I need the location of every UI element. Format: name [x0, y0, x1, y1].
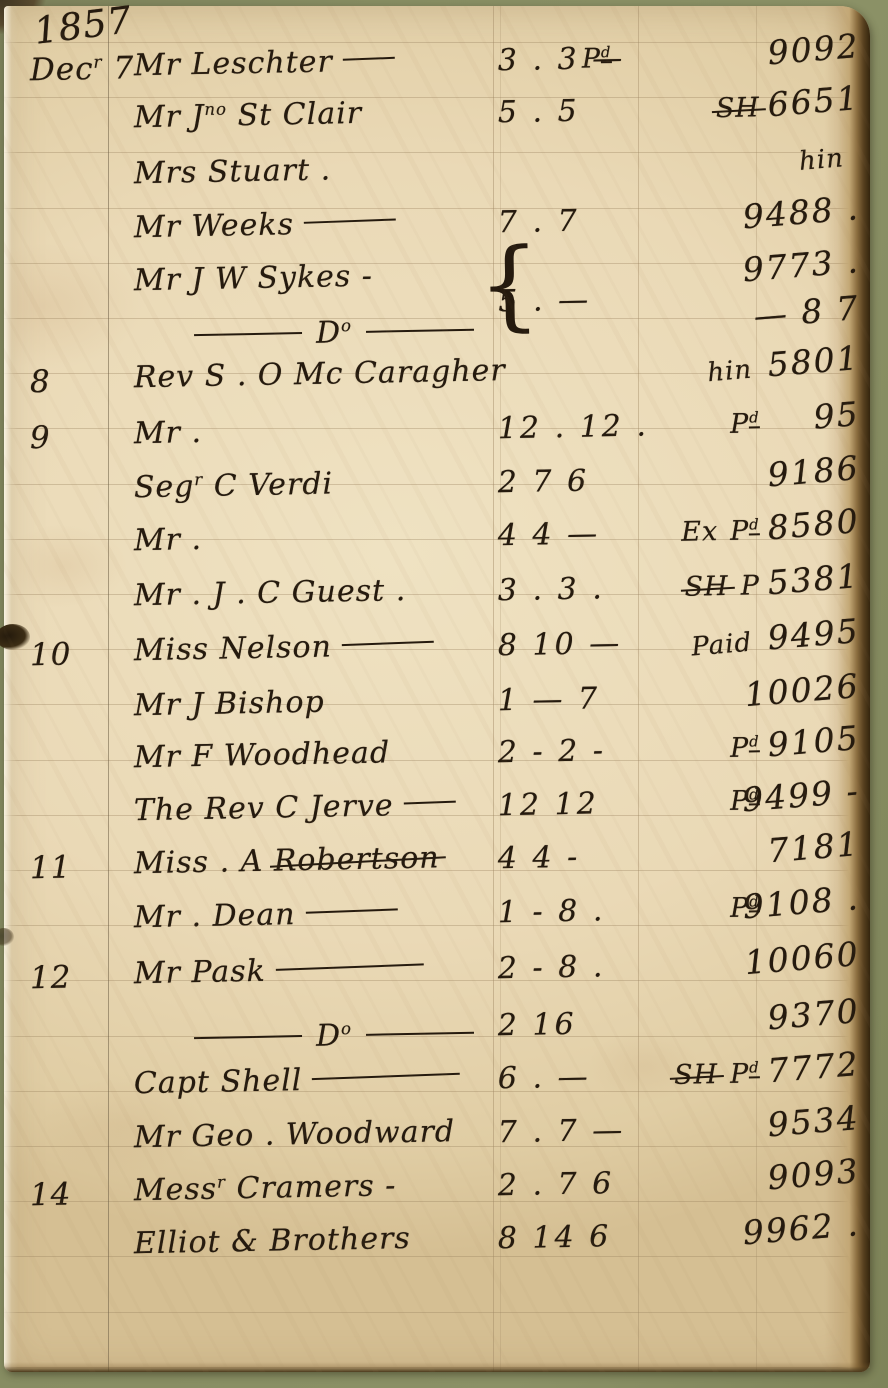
entry-date: 14 [30, 1176, 72, 1213]
entry-amount: 2 7 6 [498, 464, 590, 501]
ledger-number: 6651 [766, 78, 861, 124]
entry-number: 7181 [651, 824, 861, 880]
entry-number: 9108 . [651, 878, 861, 934]
entry-date: 8 [30, 364, 51, 400]
ledger-number: 95 [812, 394, 861, 437]
entry-amount: 8 10 — [498, 626, 623, 663]
entry-name: Do [134, 1007, 475, 1057]
text-segment: St Clair [227, 96, 363, 134]
trailing-dash [276, 963, 424, 970]
text-segment: D [316, 1018, 342, 1053]
text-segment: Mr . [134, 522, 203, 558]
ditto-rule [366, 329, 474, 333]
entry-name: Mrs Stuart . [134, 152, 332, 191]
entry-amount: 2 . 7 6 [498, 1166, 615, 1203]
entry-amount: 2 16 [498, 1007, 577, 1044]
entry-number: 9534 [651, 1098, 861, 1154]
entry-name: Mr . [134, 415, 203, 451]
ledger-number: 9534 [766, 1098, 861, 1144]
entry-amount: 8 14 6 [498, 1219, 612, 1256]
ledger-row: 12Mr Pask2 - 8 .10060 [4, 938, 865, 1007]
text-segment: r [93, 53, 103, 73]
entry-number: — 8 7 [651, 288, 861, 344]
entry-number: Paid9495 [651, 611, 861, 667]
ledger-number: 8580 [766, 501, 861, 547]
text-segment: 10 [30, 636, 72, 673]
text-segment: Miss . A [134, 844, 275, 882]
text-segment: Robertson [273, 840, 439, 878]
entry-number: 9962 . [651, 1204, 861, 1260]
entry-number: 5381 [651, 556, 861, 612]
ledger-number [858, 134, 861, 173]
ledger-number: 10060 [743, 934, 861, 982]
text-segment: 14 [30, 1176, 72, 1213]
entry-name: Mr . [134, 522, 203, 558]
text-segment: Mr . Dean [134, 897, 296, 935]
text-segment: Mr J [134, 99, 205, 135]
page-edge-bottom [4, 1362, 870, 1372]
text-segment: 11 [30, 849, 72, 886]
text-segment: Mr F Woodhead [134, 735, 391, 775]
ledger-page: 1857 Decr 7Mr Leschter3 . 3 —Pd9092Mr Jn… [4, 6, 870, 1372]
entry-date: 10 [30, 636, 72, 673]
entry-amount: 1 — 7 [498, 681, 601, 718]
entry-number: hin5801 [651, 338, 861, 394]
ledger-number: 5381 [766, 556, 861, 602]
ledger-number: 9495 [766, 611, 861, 657]
entry-name: Mr Geo . Woodward [134, 1114, 456, 1155]
entry-amount: 2 - 8 . [498, 949, 606, 986]
entry-number: 95 [651, 394, 861, 450]
text-segment: Mr Geo . Woodward [134, 1114, 456, 1155]
entry-number: 7772 [651, 1044, 861, 1100]
text-segment: Cramers - [226, 1168, 397, 1206]
text-segment: Mr Leschter [134, 44, 334, 83]
entry-name: Mr Jno St Clair [134, 96, 363, 135]
ditto-rule [366, 1032, 474, 1036]
entry-number: 10060 [651, 934, 861, 990]
entry-amount: 4 4 - [498, 840, 581, 877]
text-segment: Mess [134, 1172, 218, 1209]
ditto-mark: Do [316, 1018, 353, 1054]
ditto-mark: Do [316, 315, 353, 351]
payment-note: hin [798, 143, 845, 176]
entry-number: 9488 . [651, 188, 861, 244]
ruled-line [4, 1312, 870, 1313]
ledger-number: 9962 . [741, 1204, 861, 1252]
entry-name: Mr J Bishop [134, 685, 325, 724]
entry-name: Mr F Woodhead [134, 735, 391, 775]
text-segment: The Rev C Jerve [134, 788, 394, 828]
text-segment: no [204, 99, 227, 118]
text-segment: 9 [30, 420, 51, 456]
ledger-number: 10026 [743, 666, 861, 714]
ledger-number: 9105 [766, 718, 861, 764]
entry-date: 12 [30, 959, 72, 996]
entry-name: Mr . J . C Guest . [134, 573, 407, 613]
ledger-number: — 8 7 [752, 288, 861, 335]
ledger-number: 9186 [766, 448, 861, 494]
entry-name: Miss Nelson [134, 628, 435, 669]
text-segment: o [341, 316, 352, 335]
entry-number: 10026 [651, 666, 861, 722]
entry-date: 11 [30, 849, 72, 886]
entry-name: Capt Shell [134, 1060, 461, 1101]
text-segment: Capt Shell [134, 1063, 303, 1101]
text-segment: Dec [30, 51, 94, 88]
text-segment: 7 [102, 50, 134, 87]
text-segment: Mr J W Sykes - [134, 259, 374, 299]
text-segment: Seg [134, 469, 195, 505]
entry-name: Segr C Verdi [134, 466, 334, 505]
ledger-number: 5801 [766, 338, 861, 384]
entry-name: Mr Pask [134, 951, 425, 992]
entry-status: Pd [570, 43, 612, 75]
entry-date: 9 [30, 420, 51, 456]
text-segment: Mrs Stuart . [134, 152, 332, 191]
entry-number: 9105 [651, 718, 861, 774]
ledger-number: 9499 - [741, 771, 861, 819]
trailing-dash [343, 57, 395, 61]
entry-number: 9499 - [651, 771, 861, 827]
text-segment: Mr Pask [134, 954, 267, 992]
text-segment: Mr Weeks [134, 207, 295, 245]
trailing-dash [342, 641, 434, 646]
text-segment: o [341, 1019, 352, 1038]
ledger-number: 9773 . [741, 241, 861, 289]
entry-number: 9092 [651, 26, 861, 82]
text-segment: C Verdi [203, 466, 333, 503]
ledger-number: 9108 . [741, 878, 861, 926]
entry-name: Mr Leschter [134, 43, 396, 83]
payment-mark: Pd [582, 43, 612, 75]
trailing-dash [305, 908, 397, 913]
ledger-number: 9093 [766, 1151, 861, 1197]
entry-number: 9093 [651, 1151, 861, 1207]
entry-number: 6651 [651, 78, 861, 134]
entry-number: hin [651, 134, 861, 190]
entry-name: Rev S . O Mc Caragher [134, 353, 506, 395]
entry-name: Elliot & Brothers [134, 1221, 412, 1261]
text-segment: Mr J Bishop [134, 685, 325, 724]
entry-date: Decr 7 [30, 50, 135, 88]
ledger-number: 7181 [766, 824, 861, 870]
entry-name: Mr Weeks [134, 205, 397, 245]
trailing-dash [304, 218, 396, 223]
payment-note: Paid [690, 628, 753, 663]
text-segment: Miss Nelson [134, 629, 333, 668]
ledger-number: 9488 . [741, 188, 861, 236]
entry-name: The Rev C Jerve [134, 787, 456, 828]
entry-number: 9773 . [651, 241, 861, 297]
ledger-number: 7772 [766, 1044, 861, 1090]
entry-amount: 7 . 7 — [498, 1113, 626, 1150]
entry-name: Mr . Dean [134, 895, 398, 935]
ledger-number: 9092 [766, 26, 861, 72]
entry-name: Mr J W Sykes - [134, 259, 374, 299]
entry-number: 9186 [651, 448, 861, 504]
text-segment: D [316, 315, 342, 350]
text-segment: Mr . [134, 415, 203, 451]
trailing-dash [312, 1073, 460, 1080]
scanned-ledger-photo: 1857 Decr 7Mr Leschter3 . 3 —Pd9092Mr Jn… [0, 0, 888, 1388]
entry-number: 9370 [651, 991, 861, 1047]
ditto-rule [194, 332, 302, 336]
text-segment: 8 [30, 364, 51, 400]
ledger-number: 9370 [766, 991, 861, 1037]
ditto-rule [194, 1035, 302, 1039]
entry-name: Messr Cramers - [134, 1168, 397, 1208]
trailing-dash [404, 801, 456, 805]
text-segment: Rev S . O Mc Caragher [134, 353, 506, 395]
payment-note: hin [706, 355, 753, 388]
text-segment: 12 [30, 959, 72, 996]
text-segment: Elliot & Brothers [134, 1221, 412, 1261]
entry-name: Miss . A Robertson [134, 840, 440, 881]
text-segment: Mr . J . C Guest . [134, 573, 407, 613]
entry-number: 8580 [651, 501, 861, 557]
entry-name: Do [134, 304, 475, 354]
